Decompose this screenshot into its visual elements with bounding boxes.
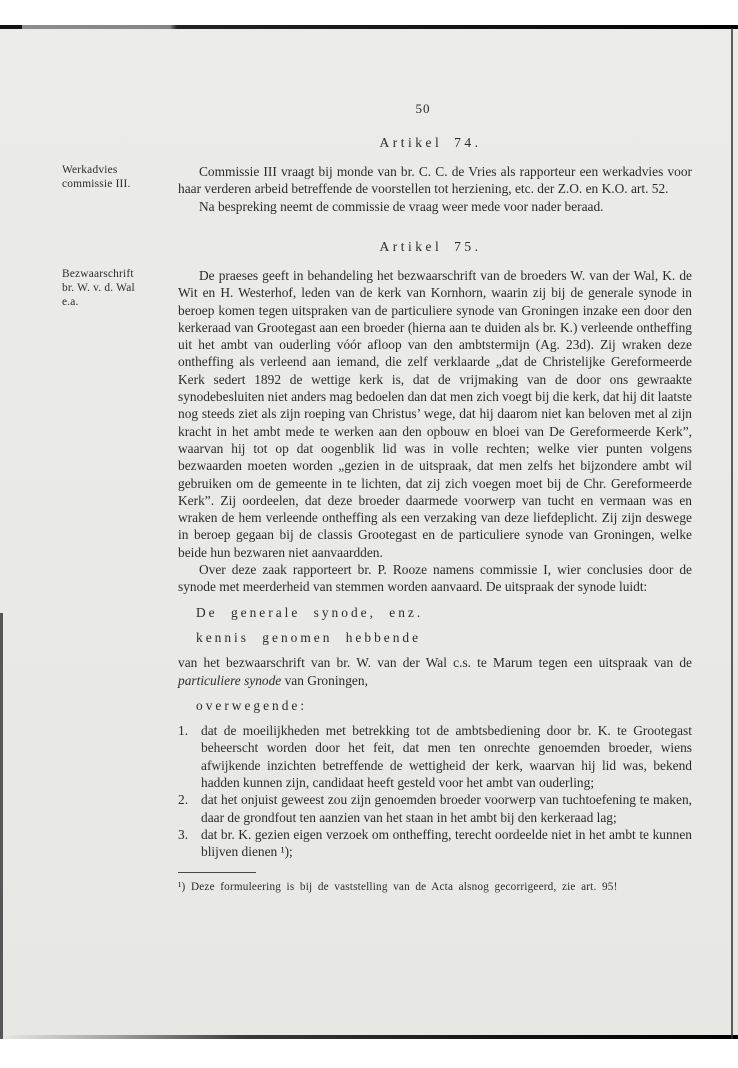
margin-note-line: e.a. [62,296,174,310]
consideration-text: dat de moeilijkheden met betrekking tot … [201,722,692,791]
margin-note-bezwaarschrift: Bezwaarschrift br. W. v. d. Wal e.a. [62,268,174,309]
page-bottom-edge [0,1035,738,1039]
footnote-divider [178,872,256,873]
consideration-number: 2. [178,791,201,826]
article-75-paragraph-2: Over deze zaak rapporteert br. P. Rooze … [178,561,692,596]
page-right-edge [731,28,733,1039]
article-74-paragraph-1: Commissie III vraagt bij monde van br. C… [178,163,692,198]
article-75-paragraph-1: De praeses geeft in behandeling het bezw… [178,267,692,561]
consideration-item: 3. dat br. K. gezien eigen verzoek om on… [178,826,692,861]
margin-note-line: Werkadvies [62,164,174,178]
footnote-text: ¹) Deze formuleering is bij de vaststell… [178,880,692,894]
margin-note-line: br. W. v. d. Wal [62,282,174,296]
pronouncement-overwegende: overwegende: [196,697,692,714]
consideration-text: dat br. K. gezien eigen verzoek om onthe… [201,826,692,861]
appeal-text-pre: van het bezwaarschrift van br. W. van de… [178,655,692,670]
consideration-item: 2. dat het onjuist geweest zou zijn geno… [178,791,692,826]
margin-note-werkadvies: Werkadvies commissie III. [62,164,174,192]
appeal-text-post: van Groningen, [281,673,368,688]
considerations-list: 1. dat de moeilijkheden met betrekking t… [178,722,692,860]
scanned-book-page: 50 Artikel 74. Werkadvies commissie III.… [0,25,738,1039]
page-left-edge [0,613,3,1039]
pronouncement-opening: De generale synode, enz. [196,604,692,621]
appeal-text-italic: particuliere synode [178,673,281,688]
article-74-paragraph-2: Na bespreking neemt de commissie de vraa… [178,198,692,215]
appeal-description-line: van het bezwaarschrift van br. W. van de… [178,654,692,689]
page-top-edge [0,25,738,29]
consideration-number: 3. [178,826,201,861]
pronouncement-kennis-genomen: kennis genomen hebbende [196,629,692,646]
consideration-item: 1. dat de moeilijkheden met betrekking t… [178,722,692,791]
article-74-heading: Artikel 74. [178,135,683,151]
article-75-body: De praeses geeft in behandeling het bezw… [178,267,692,894]
margin-note-line: commissie III. [62,178,174,192]
margin-note-line: Bezwaarschrift [62,268,174,282]
consideration-number: 1. [178,722,201,791]
article-74-body: Commissie III vraagt bij monde van br. C… [178,163,692,215]
article-75-heading: Artikel 75. [178,239,683,255]
consideration-text: dat het onjuist geweest zou zijn genoemd… [201,791,692,826]
page-number: 50 [178,101,668,117]
